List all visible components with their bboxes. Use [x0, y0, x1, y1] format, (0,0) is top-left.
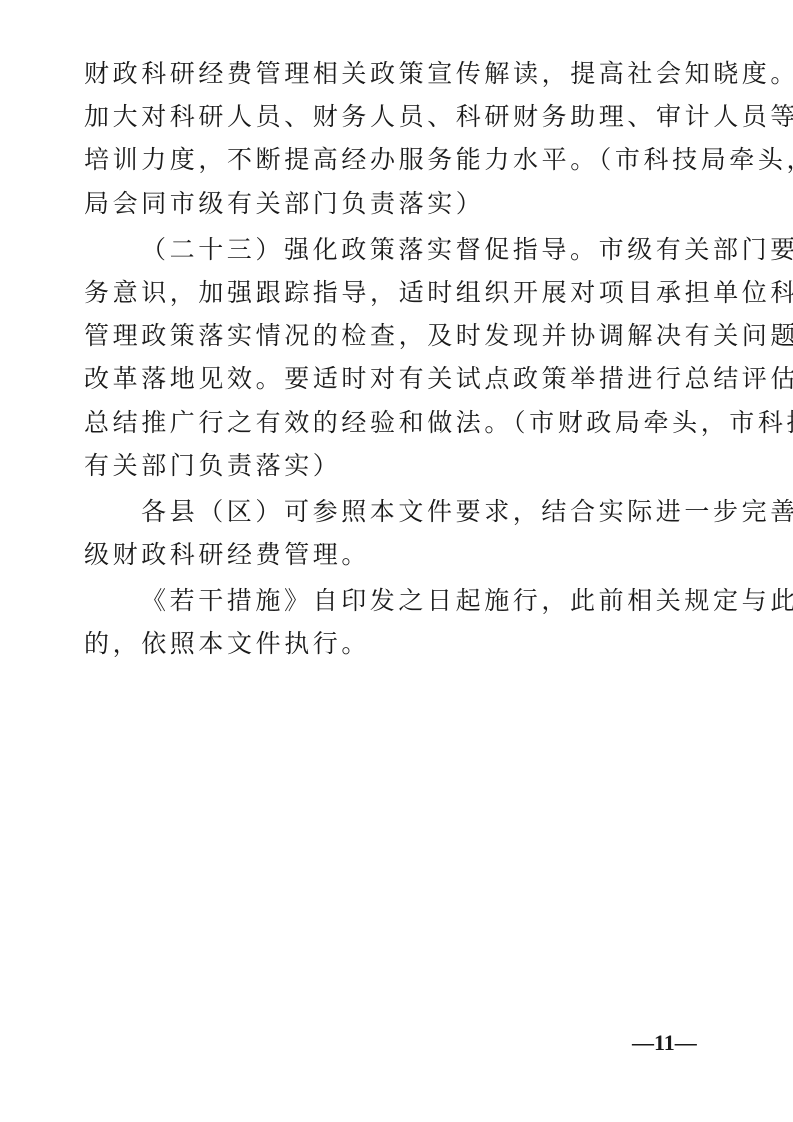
text-line: 务意识，加强跟踪指导，适时组织开展对项目承担单位科研经费	[84, 271, 716, 314]
text-line: 级财政科研经费管理。	[84, 533, 716, 576]
paragraph-effective-date: 《若干措施》自印发之日起施行，此前相关规定与此不一致 的，依照本文件执行。	[84, 579, 716, 665]
text-line: 《若干措施》自印发之日起施行，此前相关规定与此不一致	[84, 579, 716, 622]
text-line: 局会同市级有关部门负责落实）	[84, 182, 716, 225]
text-line: 培训力度，不断提高经办服务能力水平。（市科技局牵头，市财政	[84, 138, 716, 181]
text-line: 的，依照本文件执行。	[84, 622, 716, 665]
text-line: 总结推广行之有效的经验和做法。（市财政局牵头，市科技局会同	[84, 401, 716, 444]
text-line: 有关部门负责落实）	[84, 444, 716, 487]
paragraph-continuation: 财政科研经费管理相关政策宣传解读，提高社会知晓度。同时， 加大对科研人员、财务人…	[84, 52, 716, 225]
paragraph-item-23: （二十三）强化政策落实督促指导。市级有关部门要提高服 务意识，加强跟踪指导，适时…	[84, 228, 716, 487]
paragraph-counties: 各县（区）可参照本文件要求，结合实际进一步完善优化本 级财政科研经费管理。	[84, 490, 716, 576]
body-text: 财政科研经费管理相关政策宣传解读，提高社会知晓度。同时， 加大对科研人员、财务人…	[84, 52, 716, 666]
text-line: 改革落地见效。要适时对有关试点政策举措进行总结评估，及时	[84, 357, 716, 400]
page-number: —11—	[632, 1030, 697, 1056]
text-line: 加大对科研人员、财务人员、科研财务助理、审计人员等的专题	[84, 95, 716, 138]
text-line: 财政科研经费管理相关政策宣传解读，提高社会知晓度。同时，	[84, 52, 716, 95]
text-line: 管理政策落实情况的检查，及时发现并协调解决有关问题，推动	[84, 314, 716, 357]
text-line: （二十三）强化政策落实督促指导。市级有关部门要提高服	[84, 228, 716, 271]
document-page: 财政科研经费管理相关政策宣传解读，提高社会知晓度。同时， 加大对科研人员、财务人…	[0, 0, 793, 1122]
text-line: 各县（区）可参照本文件要求，结合实际进一步完善优化本	[84, 490, 716, 533]
